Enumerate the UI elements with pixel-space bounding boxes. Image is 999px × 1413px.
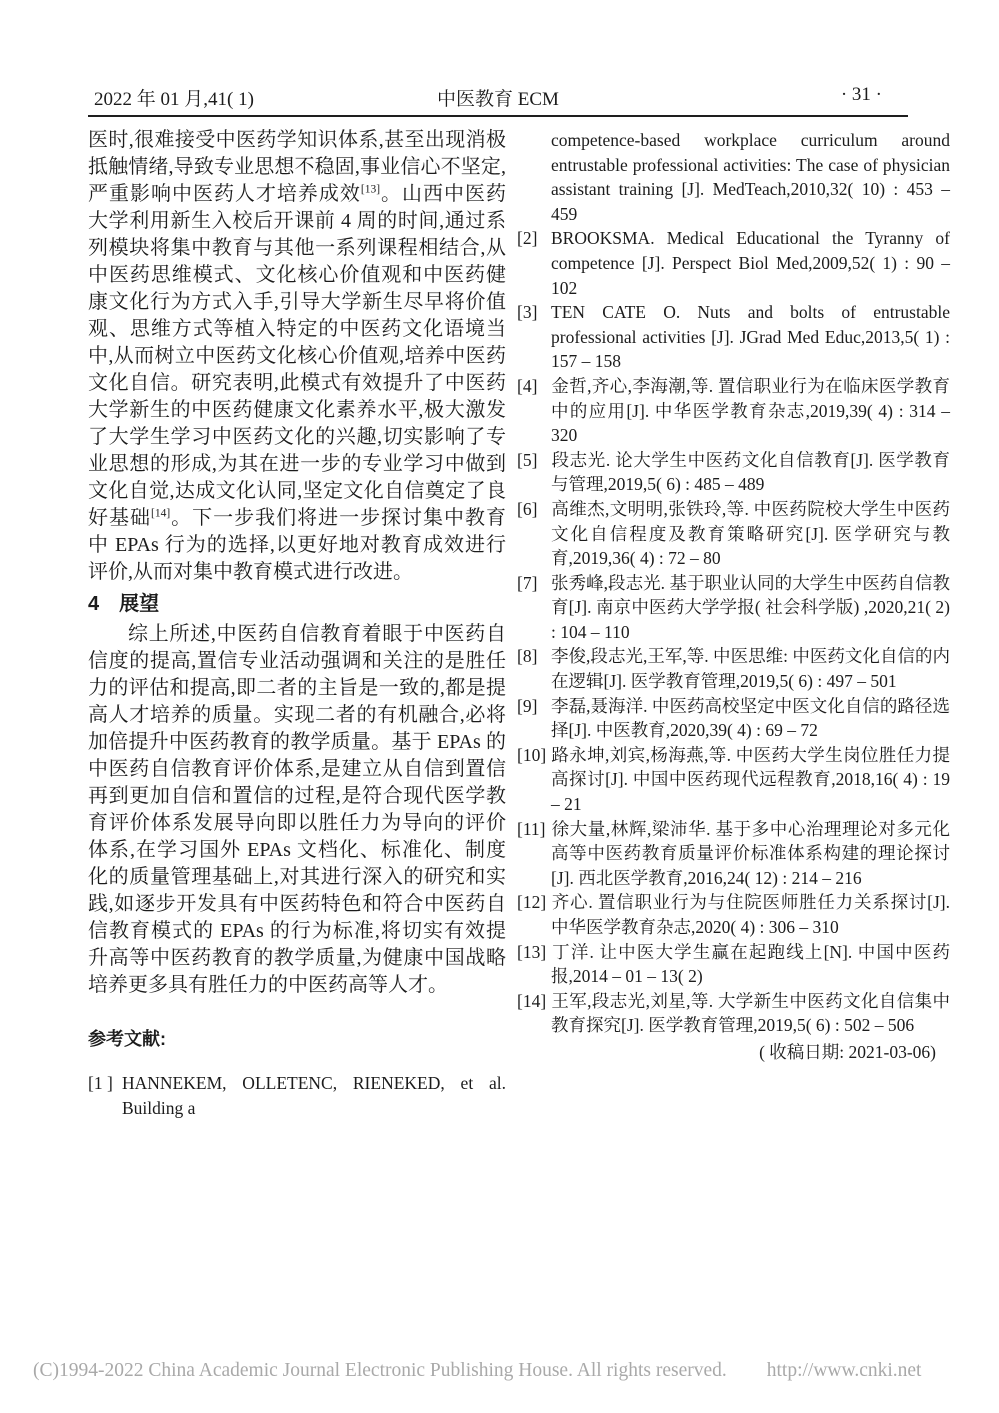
reference-label: [9] (517, 694, 551, 719)
reference-label: [2] (517, 226, 551, 251)
reference-label: [8] (517, 644, 551, 669)
page-footer: (C)1994-2022 China Academic Journal Elec… (33, 1360, 921, 1382)
reference-item-9: [9]李磊,聂海洋. 中医药高校坚定中医文化自信的路径选择[J]. 中医教育,2… (517, 694, 950, 743)
reference-text: 齐心. 置信职业行为与住院医师胜任力关系探讨[J]. 中华医学教育杂志,2020… (551, 892, 950, 937)
reference-item-10: [10]路永坤,刘宾,杨海燕,等. 中医药大学生岗位胜任力提高探讨[J]. 中国… (517, 743, 950, 817)
reference-text: 徐大量,林辉,梁沛华. 基于多中心治理理论对多元化高等中医药教育质量评价标准体系… (551, 819, 950, 888)
reference-label: [6] (517, 497, 551, 522)
section-title: 展望 (119, 593, 159, 615)
reference-label: [3] (517, 300, 551, 325)
references-heading: 参考文献: (88, 1025, 506, 1051)
reference-label: [13] (517, 940, 551, 965)
left-column: 医时,很难接受中医药学知识体系,甚至出现消极抵触情绪,导致专业思想不稳固,事业信… (88, 127, 506, 1120)
reference-item-12: [12]齐心. 置信职业行为与住院医师胜任力关系探讨[J]. 中华医学教育杂志,… (517, 890, 950, 939)
citation-sup-14: [14] (151, 507, 170, 519)
reference-label: [4] (517, 374, 551, 399)
section-heading: 4展望 (88, 590, 506, 618)
paragraph-continued: 医时,很难接受中医药学知识体系,甚至出现消极抵触情绪,导致专业思想不稳固,事业信… (88, 127, 506, 586)
reference-text: 丁洋. 让中医大学生赢在起跑线上[N]. 中国中医药报,2014 – 01 – … (551, 942, 950, 987)
outlook-paragraph: 综上所述,中医药自信教育着眼于中医药自信度的提高,置信专业活动强调和关注的是胜任… (88, 621, 506, 999)
reference-label: [11] (517, 817, 551, 842)
reference-text: 李磊,聂海洋. 中医药高校坚定中医文化自信的路径选择[J]. 中医教育,2020… (551, 696, 950, 741)
reference-item-1: [1 ]HANNEKEM, OLLETENC, RIENEKED, et al.… (88, 1071, 506, 1120)
footer-url: http://www.cnki.net (767, 1360, 922, 1381)
reference-item-6: [6]高维杰,文明明,张铁玲,等. 中医药院校大学生中医药文化自信程度及教育策略… (517, 497, 950, 571)
reference-text: competence-based workplace curriculum ar… (551, 130, 950, 224)
reference-text: 路永坤,刘宾,杨海燕,等. 中医药大学生岗位胜任力提高探讨[J]. 中国中医药现… (551, 745, 950, 814)
header-rule (88, 115, 908, 117)
section-number: 4 (88, 593, 99, 615)
page-header: 2022 年 01 月,41( 1) 中医教育 ECM · 31 · (88, 84, 908, 110)
reference-text: 王军,段志光,刘星,等. 大学新生中医药文化自信集中教育探究[J]. 医学教育管… (551, 991, 950, 1036)
reference-item-11: [11]徐大量,林辉,梁沛华. 基于多中心治理理论对多元化高等中医药教育质量评价… (517, 817, 950, 891)
reference-label: [1 ] (88, 1071, 122, 1096)
paragraph-text: 。山西中医药大学利用新生入校后开课前 4 周的时间,通过系列模块将集中教育与其他… (88, 183, 506, 529)
reference-text: HANNEKEM, OLLETENC, RIENEKED, et al. Bui… (122, 1073, 506, 1118)
reference-item-7: [7]张秀峰,段志光. 基于职业认同的大学生中医药自信教育[J]. 南京中医药大… (517, 571, 950, 645)
reference-label: [5] (517, 448, 551, 473)
reference-item-3: [3]TEN CATE O. Nuts and bolts of entrust… (517, 300, 950, 374)
reference-text: 段志光. 论大学生中医药文化自信教育[J]. 医学教育与管理,2019,5( 6… (551, 450, 950, 495)
citation-sup-13: [13] (361, 183, 380, 195)
reference-item-8: [8]李俊,段志光,王军,等. 中医思维: 中医药文化自信的内在逻辑[J]. 医… (517, 644, 950, 693)
header-page-number: · 31 · (841, 84, 882, 106)
reference-item-14: [14]王军,段志光,刘星,等. 大学新生中医药文化自信集中教育探究[J]. 医… (517, 989, 950, 1038)
reference-text: TEN CATE O. Nuts and bolts of entrustabl… (551, 302, 950, 371)
reference-item-5: [5]段志光. 论大学生中医药文化自信教育[J]. 医学教育与管理,2019,5… (517, 448, 950, 497)
reference-text: 金哲,齐心,李海潮,等. 置信职业行为在临床医学教育中的应用[J]. 中华医学教… (551, 376, 950, 445)
header-journal-title: 中医教育 ECM (88, 84, 908, 111)
footer-copyright: (C)1994-2022 China Academic Journal Elec… (33, 1360, 727, 1381)
reference-item-13: [13]丁洋. 让中医大学生赢在起跑线上[N]. 中国中医药报,2014 – 0… (517, 940, 950, 989)
reference-text: 李俊,段志光,王军,等. 中医思维: 中医药文化自信的内在逻辑[J]. 医学教育… (551, 646, 950, 691)
journal-page: 2022 年 01 月,41( 1) 中医教育 ECM · 31 · 医时,很难… (0, 0, 999, 1413)
reference-label: [14] (517, 989, 551, 1014)
reference-label: [7] (517, 571, 551, 596)
reference-label: [10] (517, 743, 551, 768)
right-column: competence-based workplace curriculum ar… (517, 128, 950, 1065)
received-date: ( 收稿日期: 2021-03-06) (517, 1040, 950, 1065)
reference-label: [12] (517, 890, 551, 915)
reference-item-2: [2]BROOKSMA. Medical Educational the Tyr… (517, 226, 950, 300)
reference-1-continuation: competence-based workplace curriculum ar… (517, 128, 950, 226)
reference-text: BROOKSMA. Medical Educational the Tyrann… (551, 228, 950, 297)
reference-text: 高维杰,文明明,张铁玲,等. 中医药院校大学生中医药文化自信程度及教育策略研究[… (551, 499, 950, 568)
reference-item-4: [4]金哲,齐心,李海潮,等. 置信职业行为在临床医学教育中的应用[J]. 中华… (517, 374, 950, 448)
reference-text: 张秀峰,段志光. 基于职业认同的大学生中医药自信教育[J]. 南京中医药大学学报… (551, 573, 950, 642)
